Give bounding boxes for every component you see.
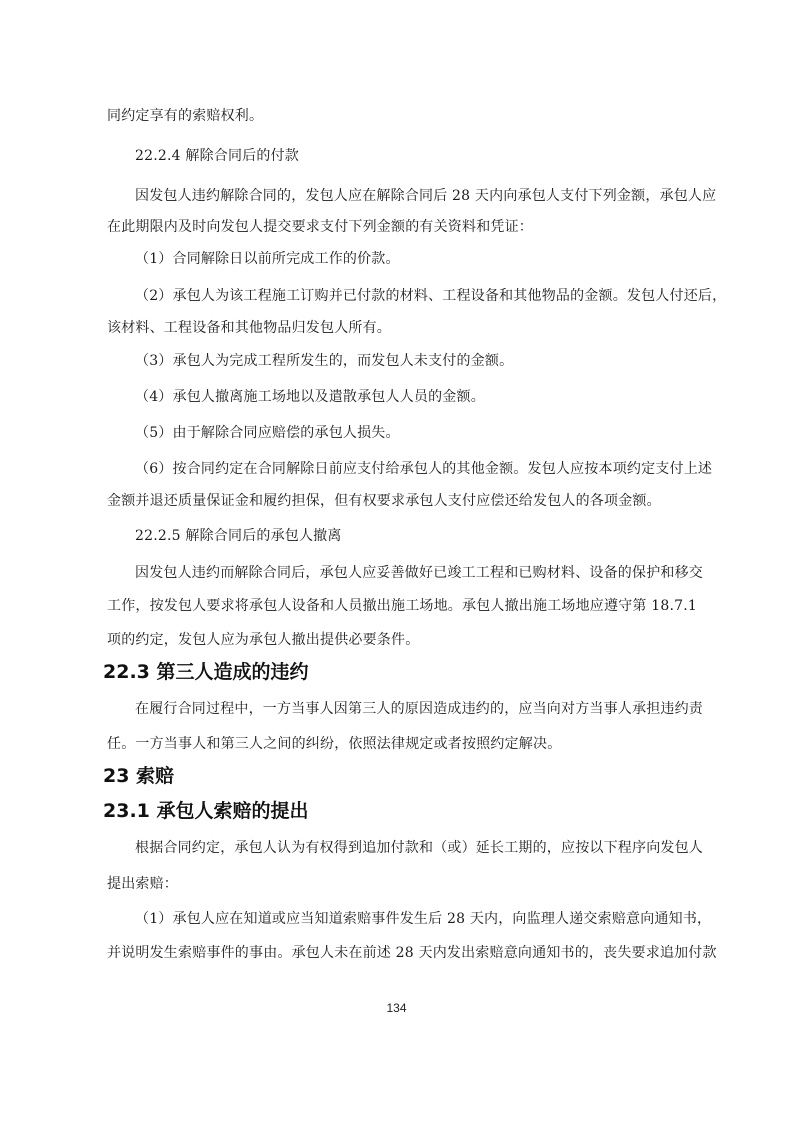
list-item-5: （5）由于解除合同应赔偿的承包人损失。 [135, 424, 400, 442]
section-heading-23-1: 23.1 承包人索赔的提出 [103, 799, 309, 823]
paragraph-line: 根据合同约定，承包人认为有权得到追加付款和（或）延长工期的，应按以下程序向发包人 [135, 839, 703, 857]
paragraph-line: 因发包人违约而解除合同后，承包人应妥善做好已竣工工程和已购材料、设备的保护和移交 [135, 564, 703, 582]
paragraph-line: 提出索赔： [107, 875, 178, 893]
subsection-heading-22-2-4: 22.2.4 解除合同后的付款 [135, 147, 299, 165]
list-item-3: （3）承包人为完成工程所发生的，而发包人未支付的金额。 [135, 352, 513, 370]
paragraph-line: 工作，按发包人要求将承包人设备和人员撤出施工场地。承包人撤出施工场地应遵守第 1… [107, 597, 697, 615]
paragraph-line: 同约定享有的索赔权利。 [107, 107, 263, 125]
subsection-heading-22-2-5: 22.2.5 解除合同后的承包人撤离 [135, 527, 342, 545]
list-item-1: （1）承包人应在知道或应当知道索赔事件发生后 28 天内，向监理人递交索赔意向通… [135, 910, 711, 928]
paragraph-line: 在履行合同过程中，一方当事人因第三人的原因造成违约的，应当向对方当事人承担违约责 [135, 700, 703, 718]
paragraph-line: 在此期限内及时向发包人提交要求支付下列金额的有关资料和凭证： [107, 218, 533, 236]
paragraph-line: 因发包人违约解除合同的，发包人应在解除合同后 28 天内向承包人支付下列金额，承… [135, 187, 716, 205]
paragraph-line: 项的约定，发包人应为承包人撤出提供必要条件。 [107, 631, 419, 649]
list-item-2: （2）承包人为该工程施工订购并已付款的材料、工程设备和其他物品的金额。发包人付还… [135, 287, 726, 305]
page-number: 134 [0, 1001, 793, 1015]
list-item-4: （4）承包人撤离施工场地以及遣散承包人人员的金额。 [135, 388, 485, 406]
paragraph-line: 该材料、工程设备和其他物品归发包人所有。 [107, 319, 391, 337]
section-heading-22-3: 22.3 第三人造成的违约 [103, 660, 309, 684]
list-item-6: （6）按合同约定在合同解除日前应支付给承包人的其他金额。发包人应按本项约定支付上… [135, 460, 712, 478]
paragraph-line: 金额并退还质量保证金和履约担保，但有权要求承包人支付应偿还给发包人的各项金额。 [107, 492, 661, 510]
chapter-heading-23: 23 索赔 [103, 764, 174, 788]
document-page: 同约定享有的索赔权利。 22.2.4 解除合同后的付款 因发包人违约解除合同的，… [0, 0, 793, 1122]
paragraph-line: 并说明发生索赔事件的事由。承包人未在前述 28 天内发出索赔意向通知书的，丧失要… [107, 944, 717, 962]
paragraph-line: 任。一方当事人和第三人之间的纠纷，依照法律规定或者按照约定解决。 [107, 735, 561, 753]
list-item-1: （1）合同解除日以前所完成工作的价款。 [135, 250, 400, 268]
